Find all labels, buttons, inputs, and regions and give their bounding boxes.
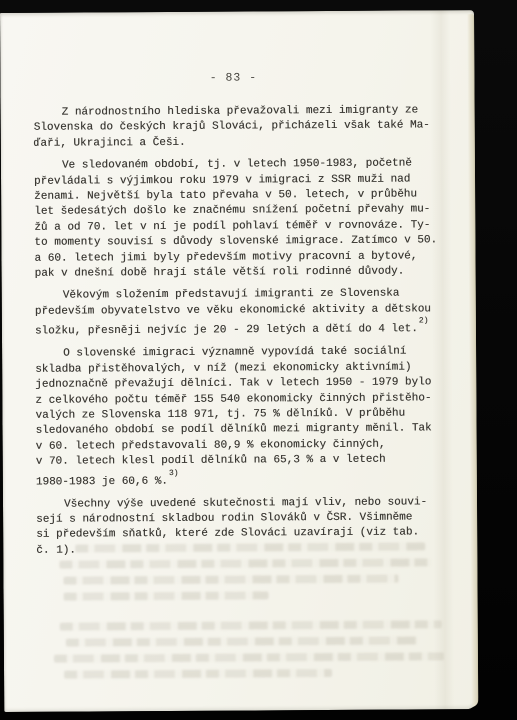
text-line: pak v dnešní době hrají stále větší roli… (35, 264, 455, 282)
bleed-through-line (66, 636, 418, 646)
paragraph: Ve sledovaném období, tj. v letech 1950-… (34, 156, 455, 282)
text-segment: složku, přesněji nejvíc je 20 - 29 letýc… (35, 323, 418, 337)
text-line: ďaři, Ukrajinci a Češi. (34, 134, 454, 152)
text-line: si především sňatků, které zde Slováci u… (36, 526, 456, 544)
body-text: Z národnostního hlediska převažovali mez… (34, 103, 457, 566)
text-line: Slovenska do českých krajů Slováci, přic… (34, 119, 454, 137)
bleed-through-line (75, 542, 425, 552)
bleed-through-line (64, 591, 269, 600)
bleed-through-line (60, 620, 442, 630)
paragraph: O slovenské imigraci významně vypovídá t… (35, 345, 456, 491)
page-number: - 83 - (0, 70, 470, 86)
text-line: 1980-1983 je 60,6 %.3) (36, 468, 456, 491)
book-page: - 83 - Z národnostního hlediska převažov… (0, 10, 478, 712)
bleed-through-line (63, 575, 398, 585)
bleed-through-line (64, 669, 332, 679)
text-line: složku, přesněji nejvíc je 20 - 29 letýc… (35, 318, 455, 341)
paragraph: Z národnostního hlediska převažovali mez… (34, 103, 454, 152)
bleed-through-line (54, 652, 444, 662)
text-segment: 1980-1983 je 60,6 %. (36, 475, 168, 488)
scan-area: - 83 - Z národnostního hlediska převažov… (0, 0, 517, 720)
text-line: sledovaného období se podíl dělníků mezi… (36, 422, 456, 440)
bleed-through-line (59, 558, 431, 568)
scan-background: { "page": { "number_display": "- 83 -", … (0, 0, 517, 720)
bleed-through-text (3, 542, 478, 687)
footnote-ref: 3) (169, 469, 179, 478)
footnote-ref: 2) (419, 317, 429, 326)
paragraph: Věkovým složením představují imigranti z… (35, 287, 455, 340)
